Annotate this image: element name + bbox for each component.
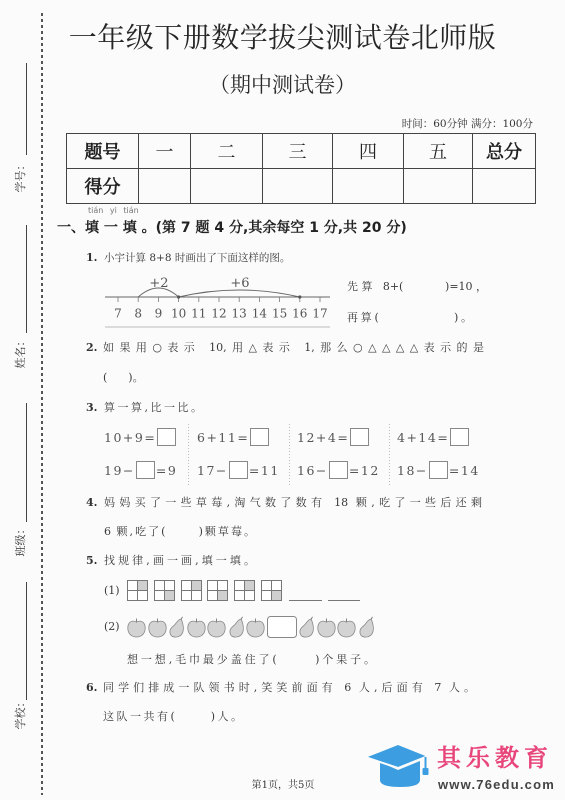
score-cell [191, 169, 263, 204]
calc-result: =9 [156, 463, 177, 478]
arrow-head [177, 295, 180, 298]
fruit-slot [267, 616, 297, 638]
question-number: 2. [86, 341, 97, 355]
fold-dashed-line [41, 13, 43, 795]
answer-blank-line: ( )。 [103, 371, 144, 385]
header-cell-part-5: 五 [404, 134, 473, 169]
fruit-slot [246, 616, 265, 638]
apple-icon [148, 616, 167, 638]
fruit-slot [358, 616, 375, 638]
answer-box [450, 428, 469, 446]
question-number: 3. [86, 401, 97, 415]
fruit-slot [207, 616, 226, 638]
pear-icon [228, 616, 245, 638]
number-line: +2 +6 7 8 9 10 11 12 13 14 15 16 17 [100, 272, 340, 332]
tick-label: 15 [272, 307, 287, 321]
calc-item: 12+4= [297, 428, 370, 446]
header-cell-part-3: 三 [263, 134, 333, 169]
score-cell [263, 169, 333, 204]
fruit-slot [127, 616, 146, 638]
calc-expression: 19− [104, 463, 135, 478]
step-first: 先算 8+( )=10， [347, 280, 487, 294]
tick-label: 13 [232, 307, 247, 321]
fruit-slot [228, 616, 245, 638]
calc-item: 6+11= [197, 428, 270, 446]
jump-label: +2 [149, 276, 168, 291]
calc-expression: 4+14= [397, 430, 449, 445]
towel-icon [267, 616, 297, 638]
pattern-square [234, 580, 255, 601]
pattern-square [207, 580, 228, 601]
tick-label: 7 [114, 307, 122, 321]
jump-label: +6 [230, 276, 249, 291]
fruit-slot [298, 616, 315, 638]
question-text: 妈妈买了一些草莓,淘气数了数有 18 颗,吃了一些后还剩 [104, 496, 482, 510]
pattern-squares-row [127, 580, 282, 601]
calc-item: 18−=14 [397, 461, 480, 479]
fruit-slot [148, 616, 167, 638]
fruit-slot [337, 616, 356, 638]
fruit-sequence-row [127, 616, 375, 638]
section-pinyin: tián yi tián [88, 205, 139, 216]
answer-box [229, 461, 248, 479]
tick-label: 10 [171, 307, 186, 321]
score-cell [473, 169, 536, 204]
apple-icon [207, 616, 226, 638]
score-table-header-row: 题号 一 二 三 四 五 总分 [67, 134, 536, 169]
score-table-score-row: 得分 [67, 169, 536, 204]
apple-icon [127, 616, 146, 638]
answer-blank [289, 600, 322, 601]
answer-box [157, 428, 176, 446]
dotted-divider [289, 424, 290, 486]
pear-icon [298, 616, 315, 638]
pattern-square [181, 580, 202, 601]
header-cell-total: 总分 [473, 134, 536, 169]
header-cell-part-4: 四 [333, 134, 404, 169]
question-number: 5. [86, 554, 97, 568]
question-text: 找规律,画一画,填一填。 [104, 554, 255, 568]
calc-expression: 18− [397, 463, 428, 478]
tick-label: 14 [252, 307, 268, 321]
name-write-line [26, 225, 27, 333]
class-write-line [26, 403, 27, 522]
answer-box [350, 428, 369, 446]
sub-question-label: (2) [104, 620, 120, 634]
score-row-label: 得分 [67, 169, 139, 204]
name-label: 姓名： [14, 330, 28, 374]
score-cell [139, 169, 191, 204]
sub-question-label: (1) [104, 584, 120, 598]
apple-icon [187, 616, 206, 638]
calc-item: 16−=12 [297, 461, 380, 479]
question-text-continued: 这队一共有( )人。 [103, 710, 242, 724]
arrow-head [298, 295, 301, 298]
exam-meta: 时间：60分钟 满分：100分 [300, 117, 533, 131]
dotted-divider [188, 424, 189, 486]
pear-icon [358, 616, 375, 638]
answer-box [136, 461, 155, 479]
fruit-slot [317, 616, 336, 638]
calc-item: 4+14= [397, 428, 470, 446]
sub-question-text: 想一想,毛巾最少盖住了( )个果子。 [127, 653, 375, 667]
answer-blank [328, 600, 360, 601]
answer-box [429, 461, 448, 479]
answer-box [329, 461, 348, 479]
calc-expression: 17− [197, 463, 228, 478]
tick-label: 8 [134, 307, 142, 321]
step-second: 再算( )。 [347, 311, 472, 325]
page-title: 一年级下册数学拔尖测试卷北师版 [55, 18, 510, 58]
calc-expression: 12+4= [297, 430, 349, 445]
class-label: 班级： [14, 518, 28, 562]
calc-item: 19−=9 [104, 461, 177, 479]
question-number: 1. [86, 251, 97, 265]
calc-expression: 6+11= [197, 430, 249, 445]
fruit-slot [187, 616, 206, 638]
calc-item: 10+9= [104, 428, 177, 446]
apple-icon [337, 616, 356, 638]
tick-label: 11 [191, 307, 206, 321]
tick-label: 12 [211, 307, 226, 321]
tick-label: 9 [155, 307, 163, 321]
question-number: 6. [86, 681, 97, 695]
dotted-divider [389, 424, 390, 486]
brand-name: 其乐教育 [437, 744, 553, 772]
answer-box [250, 428, 269, 446]
question-number: 4. [86, 496, 97, 510]
score-table: 题号 一 二 三 四 五 总分 得分 [66, 133, 536, 204]
pattern-square [154, 580, 175, 601]
apple-icon [246, 616, 265, 638]
page-subtitle: （期中测试卷） [55, 69, 510, 101]
student-id-label: 学号： [14, 154, 28, 198]
header-cell-part-1: 一 [139, 134, 191, 169]
header-cell-question-number: 题号 [67, 134, 139, 169]
tick-label: 17 [312, 307, 327, 321]
page-number: 第1页，共5页 [200, 779, 366, 792]
question-text: 小宇计算 8+8 时画出了下面这样的图。 [104, 251, 290, 265]
school-write-line [26, 582, 27, 700]
brand-url: www.76edu.com [438, 777, 555, 793]
question-text: 如果用○表示 10,用△表示 1,那么○△△△△表示的是 [103, 341, 484, 355]
student-id-write-line [26, 63, 27, 155]
question-text-continued: 6 颗,吃了( )颗草莓。 [104, 525, 255, 539]
calc-expression: 16− [297, 463, 328, 478]
pattern-square [261, 580, 282, 601]
fruit-slot [168, 616, 185, 638]
question-text: 同学们排成一队领书时,笑笑前面有 6 人,后面有 7 人。 [103, 681, 475, 695]
question-text: 算一算,比一比。 [104, 401, 202, 415]
school-label: 学校： [14, 691, 28, 735]
calc-result: =14 [449, 463, 480, 478]
calc-result: =12 [349, 463, 380, 478]
section-heading: 一、填 一 填 。(第 7 题 4 分,其余每空 1 分,共 20 分) [57, 219, 407, 237]
pattern-square [127, 580, 148, 601]
calc-item: 17−=11 [197, 461, 280, 479]
header-cell-part-2: 二 [191, 134, 263, 169]
pear-icon [168, 616, 185, 638]
calc-result: =11 [249, 463, 280, 478]
graduation-cap-icon [362, 740, 434, 792]
jump-arc-2 [179, 290, 300, 297]
apple-icon [317, 616, 336, 638]
score-cell [333, 169, 404, 204]
tick-label: 16 [292, 307, 307, 321]
calc-expression: 10+9= [104, 430, 156, 445]
score-cell [404, 169, 473, 204]
